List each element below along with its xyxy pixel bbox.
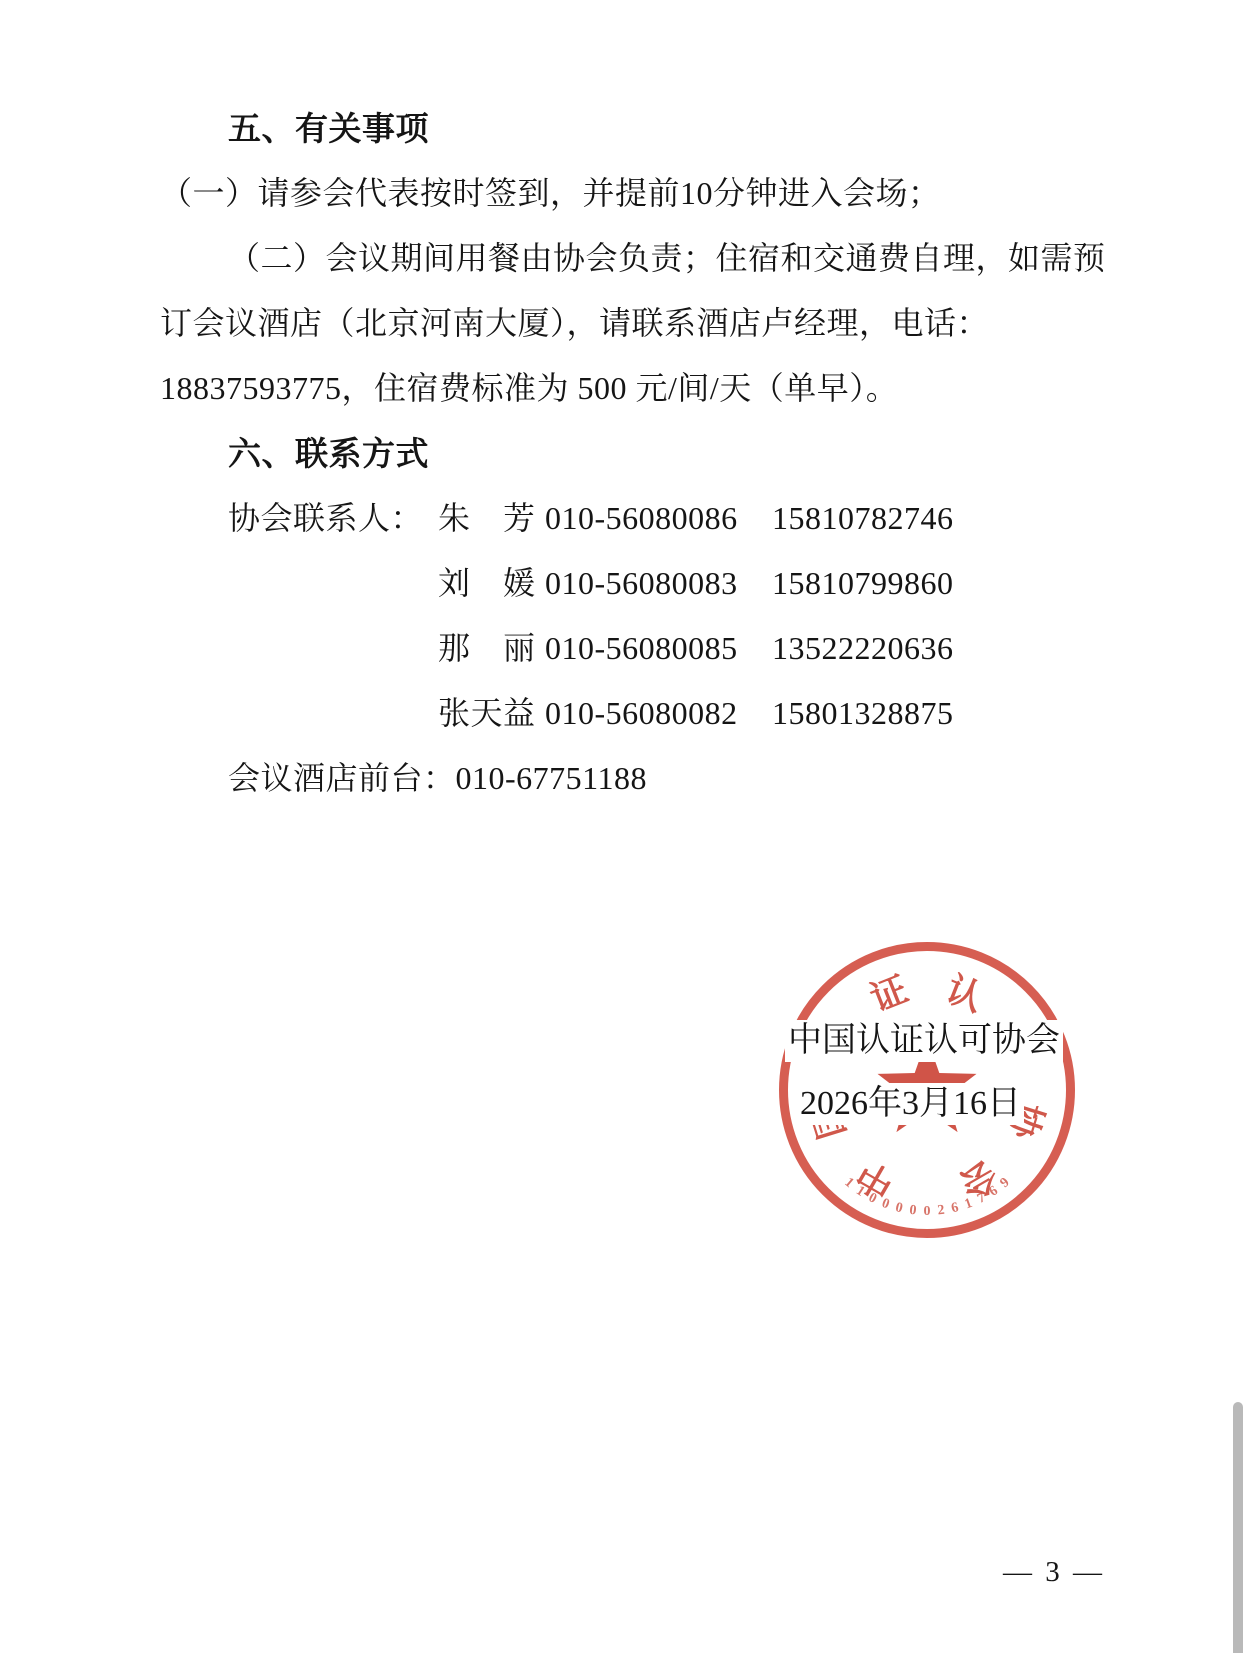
contact-label: [228, 551, 438, 616]
contact-label: [228, 616, 438, 681]
section6-heading: 六、联系方式: [160, 421, 1110, 486]
contact-phone: 010-56080083: [545, 551, 772, 616]
contact-name: 张天益: [438, 681, 545, 746]
contact-phone: 010-56080082: [545, 681, 772, 746]
contact-row: 那 丽 010-56080085 13522220636: [160, 616, 1110, 681]
contact-name: 刘 媛: [438, 551, 545, 616]
section5-item1: （一）请参会代表按时签到，并提前10分钟进入会场；: [160, 161, 1110, 226]
contact-label: 协会联系人：: [228, 486, 438, 551]
section5-item2-line3: 18837593775，住宿费标准为 500 元/间/天（单早）。: [160, 356, 1110, 421]
contact-row: 张天益 010-56080082 15801328875: [160, 681, 1110, 746]
contact-phone: 010-56080085: [545, 616, 772, 681]
signature-org: 中国认证认可协会: [785, 1020, 1063, 1062]
section5-item2-line2: 订会议酒店（北京河南大厦），请联系酒店卢经理，电话：: [160, 291, 1110, 356]
contact-mobile: 15801328875: [772, 681, 954, 746]
scrollbar-thumb[interactable]: [1233, 1402, 1243, 1653]
contact-mobile: 15810799860: [772, 551, 954, 616]
section5-item2-line1: （二）会议期间用餐由协会负责；住宿和交通费自理，如需预: [160, 226, 1110, 291]
document-body: 五、有关事项 （一）请参会代表按时签到，并提前10分钟进入会场； （二）会议期间…: [160, 96, 1110, 811]
contact-mobile: 13522220636: [772, 616, 954, 681]
contact-label: [228, 681, 438, 746]
signature-date: 2026年3月16日: [797, 1083, 1024, 1125]
contact-row: 刘 媛 010-56080083 15810799860: [160, 551, 1110, 616]
contact-name: 那 丽: [438, 616, 545, 681]
section5-heading: 五、有关事项: [160, 96, 1110, 161]
front-desk-line: 会议酒店前台：010-67751188: [160, 746, 1110, 811]
document-page: { "document": { "section5": { "heading":…: [0, 0, 1243, 1653]
contact-mobile: 15810782746: [772, 486, 954, 551]
contact-phone: 010-56080086: [545, 486, 772, 551]
page-number: — 3 —: [1003, 1556, 1105, 1589]
contact-name: 朱 芳: [438, 486, 545, 551]
contact-row: 协会联系人： 朱 芳 010-56080086 15810782746: [160, 486, 1110, 551]
contacts-list: 协会联系人： 朱 芳 010-56080086 15810782746 刘 媛 …: [160, 486, 1110, 746]
